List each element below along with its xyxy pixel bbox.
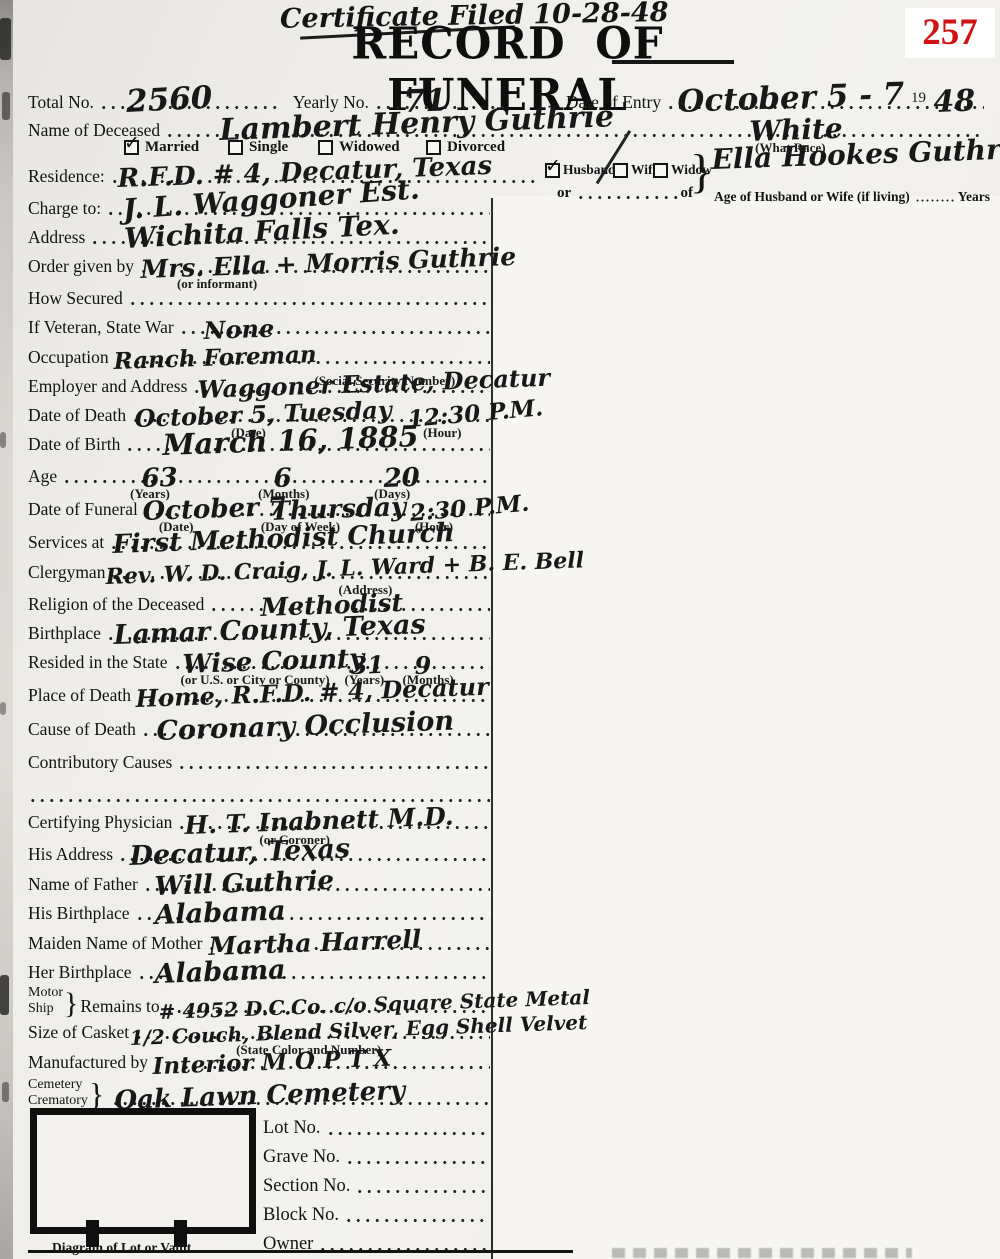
physician-value: H. T. Inabnett M.D. bbox=[184, 804, 454, 838]
block-no-line bbox=[344, 1217, 487, 1224]
resided-row: Resided in the State Wise County 31 9 (o… bbox=[28, 646, 492, 672]
date-of-funeral-label: Date of Funeral bbox=[28, 501, 138, 520]
scan-blob bbox=[2, 92, 10, 120]
grave-no-label: Grave No. bbox=[263, 1148, 340, 1168]
married-checkbox bbox=[124, 140, 139, 155]
scan-blob bbox=[2, 1082, 9, 1102]
order-given-by-label: Order given by bbox=[28, 258, 134, 277]
veteran-line: None bbox=[179, 329, 490, 336]
spouse-age-line bbox=[915, 196, 956, 203]
services-at-row: Services at First Methodist Church bbox=[28, 526, 492, 552]
lot-diagram-box bbox=[30, 1108, 256, 1234]
date-of-birth-line: March 16, 1885 bbox=[125, 446, 490, 453]
cause-of-death-value: Coronary Occlusion bbox=[156, 708, 454, 745]
clergyman-row: Clergyman Rev. W. D. Craig, J. L. Ward +… bbox=[28, 556, 492, 582]
spouse-name-value: Ella Hookes Guthrie bbox=[711, 135, 1000, 174]
scan-edge-artifact bbox=[0, 0, 13, 1259]
occupation-value: Ranch Foreman bbox=[113, 343, 317, 373]
scan-blob bbox=[0, 975, 9, 1015]
cemetery-row: Cemetery Crematory } Oak Lawn Cemetery bbox=[28, 1076, 492, 1108]
single-label: Single bbox=[249, 139, 288, 156]
checkbox-widowed: Widowed bbox=[318, 139, 400, 156]
mother-value: Martha Harrell bbox=[209, 927, 422, 959]
birthplace-value: Lamar County, Texas bbox=[113, 611, 426, 649]
date-of-funeral-line: October 7 Thursday 2:30 P.M. (Date) (Day… bbox=[143, 511, 490, 518]
casket-line: 1/2 Couch, Blend Silver, Egg Shell Velve… bbox=[134, 1034, 490, 1041]
year-prefix: 19 bbox=[911, 91, 926, 106]
birthplace-label: Birthplace bbox=[28, 625, 101, 644]
blank-right-pane bbox=[494, 196, 1000, 1259]
services-at-label: Services at bbox=[28, 534, 104, 553]
age-months-value: 6 bbox=[273, 465, 292, 492]
religion-label: Religion of the Deceased bbox=[28, 596, 204, 615]
cemetery-line: Oak Lawn Cemetery bbox=[111, 1100, 490, 1107]
total-no-line: 2560 bbox=[99, 104, 277, 111]
date-of-birth-value: March 16, 1885 bbox=[162, 422, 419, 460]
spouse-age-row: Age of Husband or Wife (if living) Years bbox=[714, 178, 990, 204]
birthplace-line: Lamar County, Texas bbox=[106, 635, 490, 642]
entry-overline bbox=[612, 60, 734, 64]
age-line: 63 6 20 (Years) (Months) (Days) bbox=[62, 478, 490, 485]
father-birthplace-value: Alabama bbox=[154, 897, 286, 929]
remains-brace: } bbox=[63, 992, 80, 1016]
resided-value: Wise County bbox=[182, 646, 365, 678]
cause-of-death-row: Cause of Death Coronary Occlusion bbox=[28, 713, 492, 739]
date-of-funeral-row: Date of Funeral October 7 Thursday 2:30 … bbox=[28, 493, 492, 519]
cemetery-brace: } bbox=[88, 1082, 106, 1108]
address-label: Address bbox=[28, 229, 85, 248]
veteran-label: If Veteran, State War bbox=[28, 319, 174, 338]
place-of-death-line: Home, R.F.D. # 4, Decatur bbox=[136, 697, 490, 704]
how-secured-line bbox=[128, 300, 490, 307]
remains-row: Motor Ship } Remains to # 4952 D.C.Co. c… bbox=[28, 984, 492, 1016]
occupation-row: Occupation Ranch Foreman bbox=[28, 341, 492, 367]
lot-no-line bbox=[326, 1130, 487, 1137]
father-value: Will Guthrie bbox=[154, 868, 334, 900]
motor-label: Motor bbox=[28, 985, 63, 1000]
place-of-death-label: Place of Death bbox=[28, 687, 131, 706]
father-birthplace-row: His Birthplace Alabama bbox=[28, 897, 492, 923]
manufactured-value: Interior M O P T X bbox=[152, 1047, 392, 1078]
cemetery-label: Cemetery bbox=[28, 1077, 88, 1092]
clergyman-label: Clergyman bbox=[28, 564, 105, 583]
clergyman-line: Rev. W. D. Craig, J. L. Ward + B. E. Bel… bbox=[110, 574, 490, 581]
diagram-label: Diagram of Lot or Vault bbox=[52, 1240, 191, 1256]
mother-birthplace-line: Alabama bbox=[137, 974, 491, 981]
order-given-by-line: Mrs. Ella + Morris Guthrie (or informant… bbox=[139, 268, 490, 275]
spouse-age-label: Age of Husband or Wife (if living) bbox=[714, 190, 910, 205]
age-days-value: 20 bbox=[383, 465, 420, 492]
employer-row: Employer and Address (Social Security Nu… bbox=[28, 370, 492, 396]
single-checkbox bbox=[228, 140, 243, 155]
funeral-record-sheet: Certificate Filed 10-28-48 RECORD OF FUN… bbox=[0, 0, 1000, 1259]
funeral-date-value: October 7 bbox=[142, 494, 286, 525]
veteran-row: If Veteran, State War None bbox=[28, 311, 492, 337]
mother-birthplace-row: Her Birthplace Alabama bbox=[28, 956, 492, 982]
ship-label: Ship bbox=[28, 1001, 63, 1016]
his-address-label: His Address bbox=[28, 846, 113, 865]
age-row: Age 63 6 20 (Years) (Months) (Days) bbox=[28, 460, 492, 486]
mother-birthplace-label: Her Birthplace bbox=[28, 964, 132, 983]
resided-label: Resided in the State bbox=[28, 654, 168, 673]
widowed-checkbox bbox=[318, 140, 333, 155]
employer-label: Employer and Address bbox=[28, 378, 187, 397]
date-of-birth-row: Date of Birth March 16, 1885 bbox=[28, 428, 492, 454]
grave-no-row: Grave No. bbox=[263, 1141, 489, 1167]
services-at-line: First Methodist Church bbox=[109, 544, 490, 551]
scan-blob bbox=[0, 702, 6, 715]
manufactured-label: Manufactured by bbox=[28, 1054, 148, 1073]
physician-row: Certifying Physician H. T. Inabnett M.D.… bbox=[28, 806, 492, 832]
father-birthplace-label: His Birthplace bbox=[28, 905, 130, 924]
cause-of-death-label: Cause of Death bbox=[28, 721, 136, 740]
order-given-by-row: Order given by Mrs. Ella + Morris Guthri… bbox=[28, 250, 492, 276]
date-of-death-label: Date of Death bbox=[28, 407, 126, 426]
spouse-name-wrap: Ella Hookes Guthrie bbox=[712, 146, 1000, 174]
age-label: Age bbox=[28, 468, 57, 487]
age-years-value: 63 bbox=[141, 465, 178, 492]
block-no-row: Block No. bbox=[263, 1199, 489, 1225]
mother-label: Maiden Name of Mother bbox=[28, 935, 202, 954]
manufactured-line: Interior M O P T X bbox=[153, 1064, 490, 1071]
manufactured-row: Manufactured by Interior M O P T X bbox=[28, 1046, 492, 1072]
bottom-rule bbox=[28, 1250, 573, 1253]
scan-blob bbox=[0, 18, 11, 60]
remains-line: # 4952 D.C.Co. c/o Square State Metal bbox=[165, 1008, 490, 1015]
date-of-death-row: Date of Death October 5, Tuesday 12:30 P… bbox=[28, 399, 492, 425]
spouse-years-label: Years bbox=[958, 190, 990, 205]
veteran-value: None bbox=[203, 317, 274, 343]
his-address-line: Decatur, Texas bbox=[118, 856, 490, 863]
page-number: 257 bbox=[905, 8, 995, 58]
how-secured-label: How Secured bbox=[28, 290, 123, 309]
lot-no-row: Lot No. bbox=[263, 1112, 489, 1138]
section-no-label: Section No. bbox=[263, 1177, 350, 1197]
section-no-row: Section No. bbox=[263, 1170, 489, 1196]
father-birthplace-line: Alabama bbox=[135, 915, 490, 922]
cause-of-death-line: Coronary Occlusion bbox=[141, 731, 490, 738]
or-of-row: or of bbox=[557, 176, 693, 202]
date-of-birth-label: Date of Birth bbox=[28, 436, 120, 455]
birthplace-row: Birthplace Lamar County, Texas bbox=[28, 617, 492, 643]
resided-years-value: 31 bbox=[350, 653, 384, 678]
married-label: Married bbox=[145, 139, 199, 156]
contributory-label: Contributory Causes bbox=[28, 754, 172, 773]
block-no-label: Block No. bbox=[263, 1206, 339, 1226]
charge-to-label: Charge to: bbox=[28, 200, 101, 219]
name-label: Name of Deceased bbox=[28, 122, 160, 141]
order-given-by-value: Mrs. Ella + Morris Guthrie bbox=[140, 244, 516, 282]
of-label: of bbox=[681, 186, 694, 202]
place-of-death-row: Place of Death Home, R.F.D. # 4, Decatur bbox=[28, 679, 492, 705]
residence-label: Residence: bbox=[28, 168, 105, 187]
mother-line: Martha Harrell bbox=[207, 945, 490, 952]
or-of-line bbox=[576, 194, 678, 201]
motor-ship-label: Motor Ship bbox=[28, 985, 63, 1016]
mother-row: Maiden Name of Mother Martha Harrell bbox=[28, 927, 492, 953]
physician-line: H. T. Inabnett M.D. (or Coroner) bbox=[177, 824, 490, 831]
section-no-line bbox=[355, 1188, 487, 1195]
cemetery-crematory-label: Cemetery Crematory bbox=[28, 1077, 88, 1108]
checkbox-married: Married bbox=[124, 139, 199, 156]
employer-line: (Social Security Number) Waggoner Estate… bbox=[192, 388, 490, 395]
lot-no-label: Lot No. bbox=[263, 1119, 321, 1139]
father-label: Name of Father bbox=[28, 876, 138, 895]
occupation-line: Ranch Foreman bbox=[114, 359, 490, 366]
how-secured-row: How Secured bbox=[28, 282, 492, 308]
checkbox-single: Single bbox=[228, 139, 288, 156]
blank-dotted-row bbox=[28, 779, 492, 805]
contributory-row: Contributory Causes bbox=[28, 746, 492, 772]
physician-label: Certifying Physician bbox=[28, 814, 172, 833]
father-row: Name of Father Will Guthrie bbox=[28, 868, 492, 894]
services-at-value: First Methodist Church bbox=[112, 520, 455, 558]
casket-label: Size of Casket bbox=[28, 1024, 129, 1043]
casket-row: Size of Casket 1/2 Couch, Blend Silver, … bbox=[28, 1016, 492, 1042]
date-of-entry-value: October 5 - 7 bbox=[677, 79, 905, 118]
grave-no-line bbox=[345, 1159, 487, 1166]
contributory-line bbox=[177, 764, 490, 771]
scan-blob bbox=[0, 432, 6, 448]
his-address-row: His Address Decatur, Texas bbox=[28, 838, 492, 864]
spouse-brace: } bbox=[690, 148, 713, 196]
name-row: Name of Deceased Lambert Henry Guthrie W… bbox=[28, 114, 986, 140]
crematory-label: Crematory bbox=[28, 1093, 88, 1108]
resided-line: Wise County 31 9 (or U.S. or City or Cou… bbox=[173, 664, 491, 671]
occupation-label: Occupation bbox=[28, 349, 109, 368]
or-label: or bbox=[557, 186, 571, 202]
remains-label: Remains to bbox=[80, 998, 159, 1017]
date-of-entry-line: October 5 - 7 19 48 bbox=[666, 104, 984, 111]
total-no-label: Total No. bbox=[28, 94, 94, 113]
cutoff-print-artifact bbox=[612, 1248, 912, 1258]
father-line: Will Guthrie bbox=[143, 886, 490, 893]
total-no-value: 2560 bbox=[125, 83, 213, 118]
his-address-value: Decatur, Texas bbox=[129, 835, 350, 870]
address-row: Address Wichita Falls Tex. bbox=[28, 221, 492, 247]
